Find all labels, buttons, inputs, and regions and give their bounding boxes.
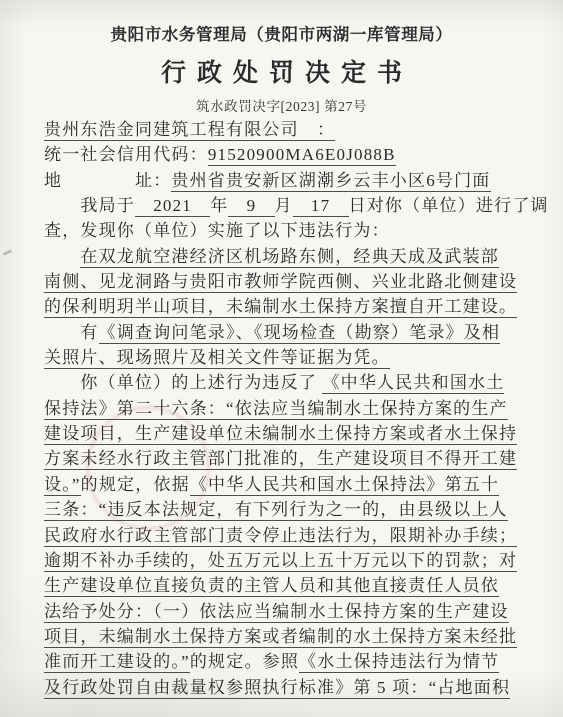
underlined-text: 准而开工建设的。” <box>44 652 190 673</box>
body-line: 贵州东浩金同建筑工程有限公司 ： <box>44 117 563 142</box>
scan-edge-mark <box>3 249 12 256</box>
plain-text: 有 <box>44 323 99 342</box>
body-line: 建设项目，生产建设单位未编制水土保持方案或者水土保持 <box>44 421 563 446</box>
plain-text: 地 址： <box>44 171 171 190</box>
plain-text: 我局于 <box>44 196 135 215</box>
body-line: 的保利明玥半山项目，未编制水土保持方案擅自开工建设。 <box>44 294 563 319</box>
plain-text: 的规定，依据 <box>81 475 190 494</box>
body-line: 民政府水行政主管部门责令停止违法行为，限期补办手续； <box>44 523 563 548</box>
underlined-text: 《调查询问笔录》、《现场检查（勘察）笔录》及相 <box>99 323 501 344</box>
underlined-text: 及行政处罚自由裁量权参照执行标准》第 5 项：“占地面积 <box>44 678 510 699</box>
body-line: 地 址：贵州省贵安新区湖潮乡云丰小区6号门面 <box>44 168 563 193</box>
plain-text: 的规定。参照 <box>190 652 299 671</box>
plain-text: 统一社会信用代码： <box>44 145 208 164</box>
body-line: 统一社会信用代码：91520900MA6E0J088B <box>44 142 563 167</box>
underlined-text: 建设项目，生产建设单位未编制水土保持方案或者水土保持 <box>44 424 517 445</box>
body-line: 生产建设单位直接负责的主管人员和其他直接责任人员依 <box>44 573 563 598</box>
body-line: 设。”的规定，依据《中华人民共和国水土保持法》第五十 <box>44 472 563 497</box>
underlined-text: 《水土保持违法行为情节 <box>299 652 499 673</box>
body-line: 逾期不补办手续的，处五万元以上五十万元以下的罚款；对 <box>44 548 563 573</box>
underlined-text: 关照片、现场照片及相关文件等证据为凭。 <box>44 348 390 369</box>
body-line: 保持法》第二十六条：“依法应当编制水土保持方案的生产 <box>44 396 563 421</box>
body-line: 项目，未编制水土保持方案或者编制的水土保持方案未经批 <box>44 624 563 649</box>
underlined-text: 《中华人民共和国水土保持法》第五十 <box>190 475 499 496</box>
underlined-text: 生产建设单位直接负责的主管人员和其他直接责任人员依 <box>44 576 499 597</box>
plain-text: 年 <box>210 196 228 215</box>
underlined-text: 2021 <box>135 196 210 217</box>
underlined-text: 17 <box>293 196 349 217</box>
underlined-text: 91520900MA6E0J088B <box>208 145 396 166</box>
document-header: 贵阳市水务管理局（贵阳市两湖一库管理局） 行政处罚决定书 筑水政罚决字[2023… <box>0 21 563 115</box>
underlined-text: 南侧、见龙洞路与贵阳市教师学院西侧、兴业北路北侧建设 <box>44 272 517 293</box>
underlined-text: 民政府水行政主管部门责令停止违法行为，限期补办手续； <box>44 526 517 547</box>
underlined-text: 设。” <box>44 475 81 496</box>
body-line: 三条：“违反本法规定，有下列行为之一的，由县级以上人 <box>44 497 563 522</box>
issuing-authority: 贵阳市水务管理局（贵阳市两湖一库管理局） <box>0 21 563 45</box>
underlined-text: 在双龙航空港经济区机场路东侧，经典天成及武装部 <box>80 247 499 268</box>
body-line: 法给予处分：（一）依法应当编制水土保持方案的生产建设 <box>44 599 563 624</box>
document-title: 行政处罚决定书 <box>0 53 563 89</box>
body-line: 关照片、现场照片及相关文件等证据为凭。 <box>44 345 563 370</box>
document-number: 筑水政罚决字[2023] 第27号 <box>0 95 563 115</box>
body-line: 你（单位）的上述行为违反了 《中华人民共和国水土 <box>44 370 563 395</box>
plain-text: 日对你（单位）进行了调 <box>349 196 549 215</box>
underlined-text: 的保利明玥半山项目，未编制水土保持方案擅自开工建设。 <box>44 297 517 318</box>
document-body: 贵州东浩金同建筑工程有限公司 ：统一社会信用代码：91520900MA6E0J0… <box>44 117 563 700</box>
underlined-text: 方案未经水行政主管部门批准的，生产建设项目不得开工建 <box>44 449 517 470</box>
underlined-text: 贵州省贵安新区湖潮乡云丰小区6号门面 <box>171 171 490 192</box>
plain-text <box>44 247 80 266</box>
body-line: 我局于 2021 年 9 月 17 日对你（单位）进行了调 <box>44 193 563 218</box>
plain-text: 查，发现你（单位）实施了以下违法行为： <box>44 221 390 240</box>
underlined-text: 9 <box>228 196 274 217</box>
body-line: 在双龙航空港经济区机场路东侧，经典天成及武装部 <box>44 244 563 269</box>
underlined-text: 贵州东浩金同建筑工程有限公司 ： <box>44 120 335 141</box>
underlined-text: 三条：“违反本法规定，有下列行为之一的，由县级以上人 <box>44 500 508 521</box>
plain-text: 月 <box>275 196 293 215</box>
plain-text: 你（单位）的上述行为违反了 <box>44 373 322 392</box>
underlined-text: 保持法》第二十六条：“依法应当编制水土保持方案的生产 <box>44 399 508 420</box>
underlined-text: 《中华人民共和国水土 <box>322 373 504 394</box>
body-line: 及行政处罚自由裁量权参照执行标准》第 5 项：“占地面积 <box>44 675 563 700</box>
underlined-text: 项目，未编制水土保持方案或者编制的水土保持方案未经批 <box>44 627 517 648</box>
body-line: 有《调查询问笔录》、《现场检查（勘察）笔录》及相 <box>44 320 563 345</box>
body-line: 南侧、见龙洞路与贵阳市教师学院西侧、兴业北路北侧建设 <box>44 269 563 294</box>
underlined-text: 逾期不补办手续的，处五万元以上五十万元以下的罚款；对 <box>44 551 517 572</box>
body-line: 查，发现你（单位）实施了以下违法行为： <box>44 218 563 243</box>
underlined-text: 法给予处分：（一）依法应当编制水土保持方案的生产建设 <box>44 602 509 623</box>
body-line: 准而开工建设的。”的规定。参照《水土保持违法行为情节 <box>44 649 563 674</box>
body-line: 方案未经水行政主管部门批准的，生产建设项目不得开工建 <box>44 446 563 471</box>
scanned-document-page: 贵阳市水务管理局（贵阳市两湖一库管理局） 行政处罚决定书 筑水政罚决字[2023… <box>0 0 563 717</box>
